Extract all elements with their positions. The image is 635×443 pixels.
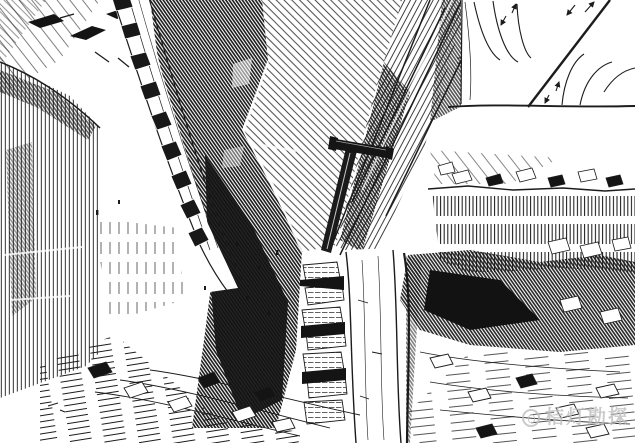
inset-fault-diagram	[448, 0, 635, 107]
engraving-illustration	[0, 0, 635, 443]
diagram-panel	[461, 0, 635, 107]
illustration-canvas: 桔灯勘探	[0, 0, 635, 443]
